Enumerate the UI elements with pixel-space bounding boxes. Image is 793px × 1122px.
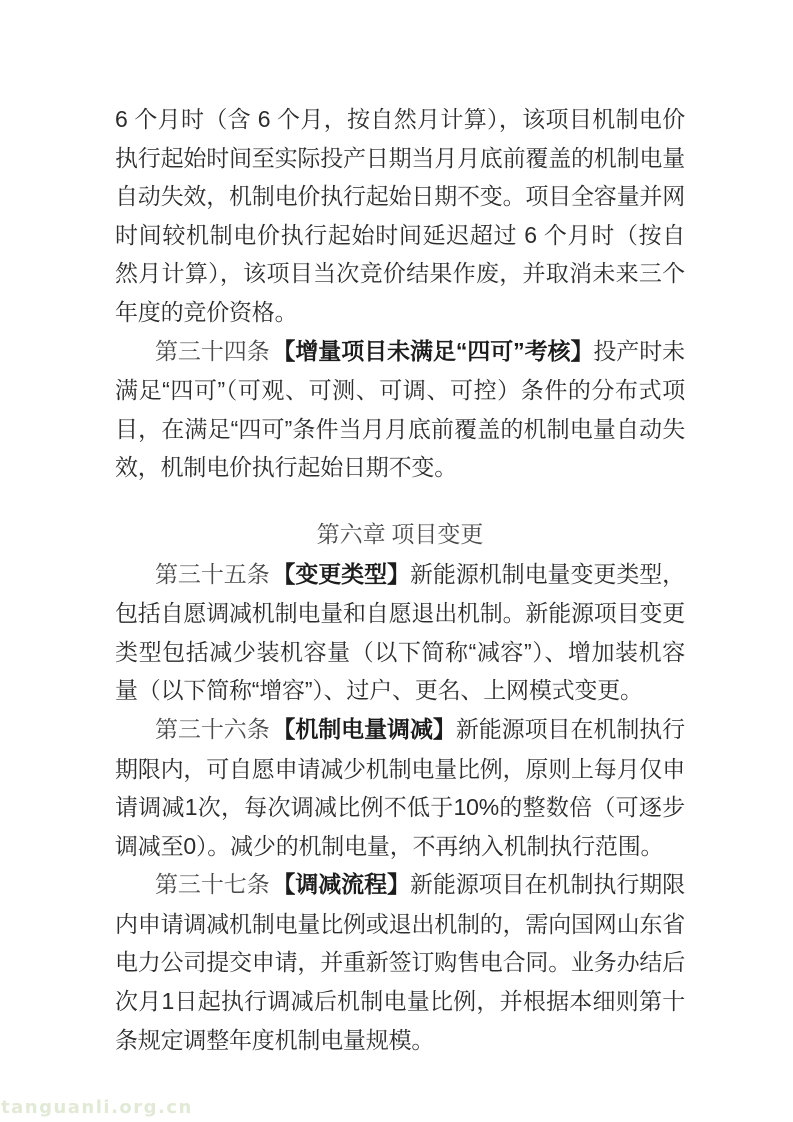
- article-paragraph: 第三十五条【变更类型】新能源机制电量变更类型，包括自愿调减机制电量和自愿退出机制…: [115, 555, 685, 710]
- article-tag: 【调减流程】: [272, 871, 410, 897]
- document-content: 6 个月时（含 6 个月，按自然月计算），该项目机制电价执行起始时间至实际投产日…: [115, 100, 685, 1059]
- body-paragraph: 6 个月时（含 6 个月，按自然月计算），该项目机制电价执行起始时间至实际投产日…: [115, 100, 685, 332]
- article-number: 第三十六条: [155, 717, 270, 742]
- article-number: 第三十七条: [155, 872, 270, 897]
- article-paragraph: 第三十六条【机制电量调减】新能源项目在机制执行期限内，可自愿申请减少机制电量比例…: [115, 710, 685, 865]
- article-number: 第三十四条: [155, 339, 270, 364]
- chapter-heading: 第六章 项目变更: [115, 516, 685, 555]
- article-tag: 【机制电量调减】: [272, 716, 455, 742]
- article-text: 新能源项目在机制执行期限内申请调减机制电量比例或退出机制的，需向国网山东省电力公…: [115, 871, 685, 1052]
- document-page: 6 个月时（含 6 个月，按自然月计算），该项目机制电价执行起始时间至实际投产日…: [0, 0, 793, 1122]
- article-paragraph: 第三十四条【增量项目未满足“四可”考核】投产时未满足“四可”（可观、可测、可调、…: [115, 332, 685, 487]
- article-tag: 【变更类型】: [272, 561, 410, 587]
- article-number: 第三十五条: [155, 562, 270, 587]
- watermark-text: tanguanli.org.cn: [1, 1097, 193, 1118]
- article-tag: 【增量项目未满足“四可”考核】: [272, 338, 593, 364]
- article-paragraph: 第三十七条【调减流程】新能源项目在机制执行期限内申请调减机制电量比例或退出机制的…: [115, 865, 685, 1059]
